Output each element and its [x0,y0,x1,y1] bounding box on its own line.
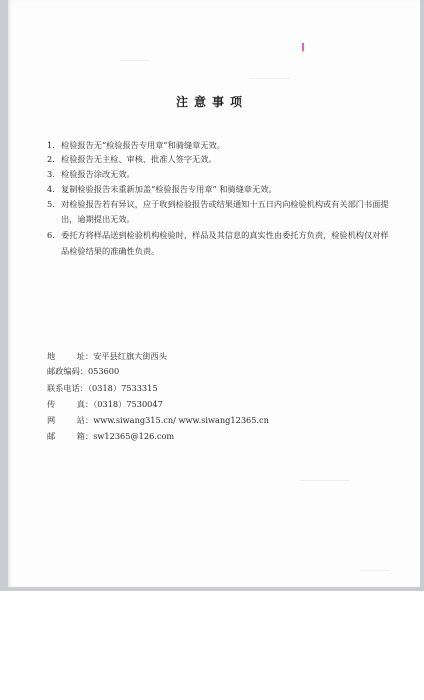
scan-noise [300,480,350,481]
contact-website: 网站：www.siwang315.cn/ www.siwang12365.cn [47,415,269,425]
scan-noise [360,570,390,571]
notice-text: 复制检验报告未重新加盖“检验报告专用章” 和骑缝章无效。 [61,184,277,194]
scan-noise [120,60,150,61]
notice-continuation: 出，逾期提出无效。 [61,214,135,224]
postcode-value: 053600 [88,366,119,376]
email-label: 邮箱 [47,431,85,441]
label-separator: ： [85,351,93,361]
notice-item: 5.对检验报告若有异议，应于收到检验报告或结果通知十五日内向检验机构或有关部门书… [47,199,389,209]
label-separator: ： [85,399,93,409]
notice-item: 3.检验报告涂改无效。 [47,169,135,179]
contact-phone: 联系电话：（0318）7533315 [47,383,158,393]
contact-email: 邮箱：sw12365@126.com [47,431,174,441]
notice-number: 3. [47,169,61,179]
label-separator: ： [85,415,93,425]
website-value[interactable]: www.siwang315.cn/ www.siwang12365.cn [93,415,269,425]
notice-text: 检验报告无主检、审核、批准人签字无效。 [61,154,217,164]
notice-item: 2.检验报告无主检、审核、批准人签字无效。 [47,154,217,164]
notice-number: 6. [47,230,61,240]
fax-label: 传真 [47,399,85,409]
notice-number: 4. [47,184,61,194]
notice-text: 对检验报告若有异议，应于收到检验报告或结果通知十五日内向检验机构或有关部门书面提 [61,199,389,209]
notice-continuation: 品检验结果的准确性负责。 [61,246,159,256]
notice-item: 4.复制检验报告未重新加盖“检验报告专用章” 和骑缝章无效。 [47,184,277,194]
email-value[interactable]: sw12365@126.com [93,431,174,441]
postcode-label: 邮政编码 [47,366,80,376]
phone-label: 联系电话 [47,383,80,393]
contact-fax: 传真：（0318）7530047 [47,399,163,409]
contact-address: 地址：安平县红旗大街西头 [47,351,167,361]
notice-text: 检验报告涂改无效。 [61,169,135,179]
label-separator: ： [80,366,88,376]
page-edge-shadow [8,0,12,587]
notice-number: 5. [47,199,61,209]
scanned-page [8,0,420,587]
notice-item: 1.检验报告无“检验报告专用章”和骑缝章无效。 [47,140,225,150]
notice-item: 6.委托方将样品送到检验机构检验时，样品及其信息的真实性由委托方负责，检验机构仅… [47,230,389,240]
ink-mark [302,43,304,52]
address-label: 地址 [47,351,85,361]
website-label: 网站 [47,415,85,425]
label-separator: ： [80,383,88,393]
scan-noise [250,78,290,79]
fax-value: （0318）7530047 [93,399,163,409]
notice-text: 检验报告无“检验报告专用章”和骑缝章无效。 [61,140,225,150]
contact-postcode: 邮政编码：053600 [47,366,119,376]
notice-number: 1. [47,140,61,150]
notice-number: 2. [47,154,61,164]
address-value: 安平县红旗大街西头 [93,351,167,361]
notice-text: 委托方将样品送到检验机构检验时，样品及其信息的真实性由委托方负责，检验机构仅对样 [61,230,389,240]
label-separator: ： [85,431,93,441]
phone-value: （0318）7533315 [88,383,158,393]
page-title: 注意事项 [0,93,424,110]
